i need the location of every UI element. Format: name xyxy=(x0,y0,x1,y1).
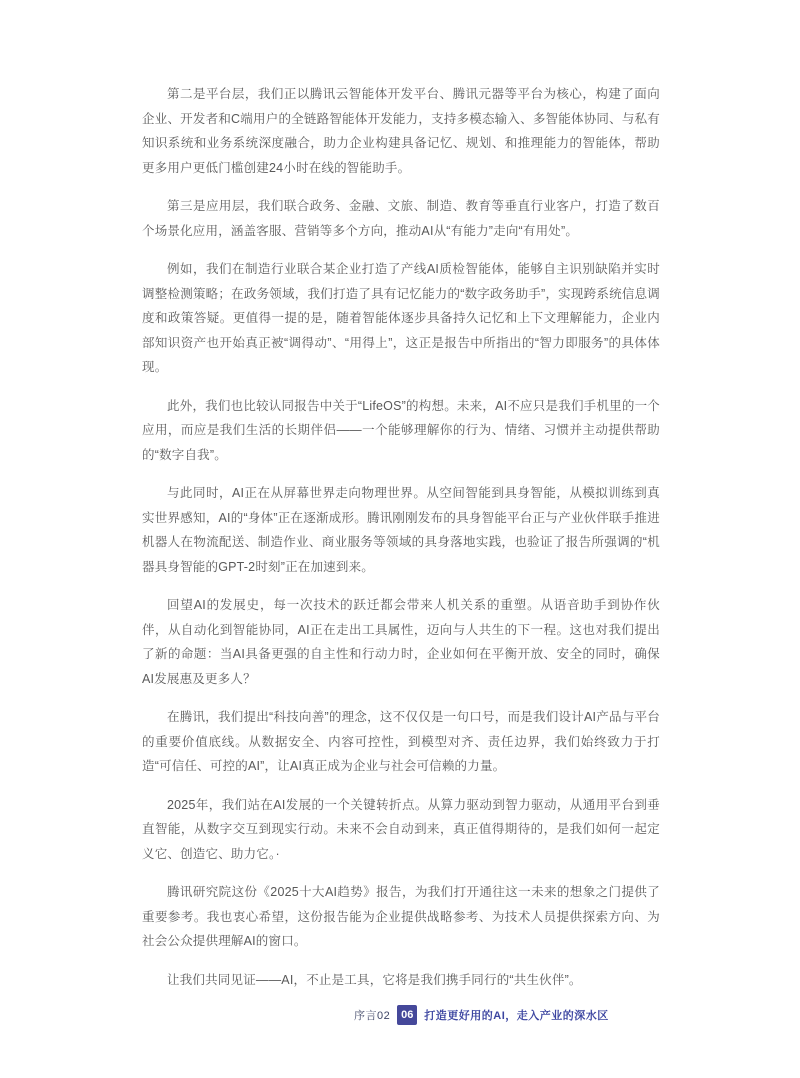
body-paragraph: 与此同时，AI正在从屏幕世界走向物理世界。从空间智能到具身智能，从模拟训练到真实… xyxy=(142,481,660,579)
body-paragraph: 让我们共同见证——AI，不止是工具，它将是我们携手同行的“共生伙伴”。 xyxy=(142,968,660,993)
body-paragraph: 回望AI的发展史，每一次技术的跃迁都会带来人机关系的重塑。从语音助手到协作伙伴，… xyxy=(142,593,660,691)
body-paragraph: 第二是平台层，我们正以腾讯云智能体开发平台、腾讯元器等平台为核心，构建了面向企业… xyxy=(142,82,660,180)
body-paragraph: 例如，我们在制造行业联合某企业打造了产线AI质检智能体，能够自主识别缺陷并实时调… xyxy=(142,257,660,380)
body-text: 第二是平台层，我们正以腾讯云智能体开发平台、腾讯元器等平台为核心，构建了面向企业… xyxy=(142,82,660,1006)
body-paragraph: 第三是应用层，我们联合政务、金融、文旅、制造、教育等垂直行业客户，打造了数百个场… xyxy=(142,194,660,243)
body-paragraph: 腾讯研究院这份《2025十大AI趋势》报告，为我们打开通往这一未来的想象之门提供… xyxy=(142,880,660,954)
body-paragraph: 在腾讯，我们提出“科技向善”的理念，这不仅仅是一句口号，而是我们设计AI产品与平… xyxy=(142,705,660,779)
footer-chapter-title: 打造更好用的AI，走入产业的深水区 xyxy=(424,1007,609,1023)
body-paragraph: 2025年，我们站在AI发展的一个关键转折点。从算力驱动到智力驱动，从通用平台到… xyxy=(142,793,660,867)
body-paragraph: 此外，我们也比较认同报告中关于“LifeOS”的构想。未来，AI不应只是我们手机… xyxy=(142,394,660,468)
document-page: 第二是平台层，我们正以腾讯云智能体开发平台、腾讯元器等平台为核心，构建了面向企业… xyxy=(0,0,800,1078)
page-number-badge: 06 xyxy=(397,1005,417,1025)
footer-section-label: 序言02 xyxy=(354,1007,390,1023)
page-footer: 序言02 06 打造更好用的AI，走入产业的深水区 xyxy=(354,1005,609,1025)
